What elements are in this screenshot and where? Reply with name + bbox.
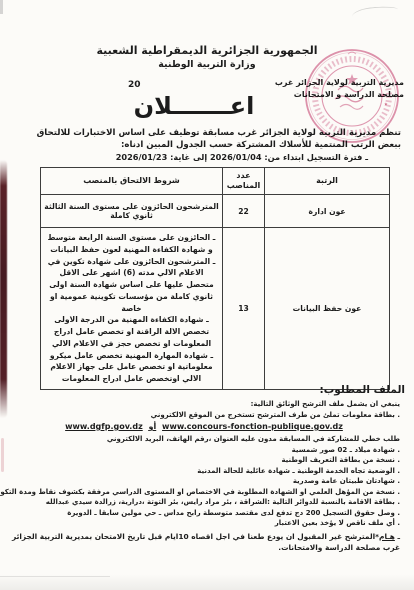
stamp-side-star-small: ٭ <box>384 101 388 108</box>
announcement-title: اعـــــــلان <box>0 92 388 120</box>
table-header-positions: عدد المناصب <box>223 168 265 195</box>
website-link-concours: www.concours-fonction-publique.gov.dz <box>162 421 343 433</box>
conditions-cell: ـ الحائزون على مستوى السنة الرابعة متوسط… <box>41 228 223 390</box>
reference-number: 20 <box>128 80 141 90</box>
conditions-cell: المترشحون الحائزون على مستوى السنة الثال… <box>41 195 223 228</box>
file-item-info-card: . بطاقة معلومات تملئ من طرف المترشح تستخ… <box>8 410 400 421</box>
document-header: الجمهورية الجزائرية الديمقراطية الشعبية … <box>0 44 414 70</box>
file-item: . الوضعية تجاه الخدمة الوطنية ـ شهادة عا… <box>8 466 400 477</box>
website-links-line: www.concours-fonction-publique.gov.dz أو… <box>8 421 400 433</box>
file-item: . نسخة من المؤهل العلمي او الشهادة المطل… <box>8 487 400 498</box>
scan-artifact-pink-streak <box>1 438 4 472</box>
file-item: . أي ملف ناقص لا يؤخذ بعين الاعتبار <box>8 518 400 529</box>
note-keyword: هـام <box>379 532 395 541</box>
table-header-rank: الرتبة <box>265 168 390 195</box>
condition-item: ـ شهادة الكفاءة المهنية من الدرجة الاولى… <box>46 314 217 349</box>
scanned-announcement-document: الجمهورية الجزائرية الديمقراطية الشعبية … <box>0 0 414 590</box>
file-item: . نسخة من بطاقة التعريف الوطنية <box>8 455 400 466</box>
directorate-line: مديرية التربية لولاية الجزائر غرب <box>275 77 404 89</box>
ministry-title: وزارة التربية الوطنية <box>0 59 414 70</box>
table-header-row: الرتبة عدد المناصب شروط الالتحاق بالمنصب <box>41 168 390 195</box>
scan-artifact-top-left-mark <box>0 0 3 14</box>
table-header-conditions: شروط الالتحاق بالمنصب <box>41 168 223 195</box>
scan-artifact-top-right-squiggle <box>352 5 399 18</box>
file-item: طلب خطي للمشاركة في المسابقة مدون عليه ا… <box>8 434 400 445</box>
note-text: المترشح غير المقبول ان يودع طعنا في اجل … <box>12 532 400 552</box>
condition-item: ـ شهادة المهارة المهنية تخصص عامل ميكرو … <box>46 350 217 385</box>
note-dash: ـ <box>395 532 400 541</box>
website-link-dgfp: www.dgfp.gov.dz <box>65 421 143 433</box>
important-note: ـ هـام*المترشح غير المقبول ان يودع طعنا … <box>8 531 400 554</box>
required-file-heading: الملف المطلوب: <box>320 384 405 396</box>
table-row-data-entry-agent: عون حفظ البيانات 13 ـ الحائزون على مستوى… <box>41 228 390 390</box>
file-item: . وصل حقوق التسجيل 200 دج تدفع لدى مقتصد… <box>8 508 400 519</box>
positions-count-cell: 22 <box>223 195 265 228</box>
recruitment-table: الرتبة عدد المناصب شروط الالتحاق بالمنصب… <box>40 167 390 390</box>
registration-period: ـ فترة التسجيل ابتداء من: 2026/01/04 إلى… <box>116 152 368 162</box>
rank-cell: عون ادارة <box>265 195 390 228</box>
condition-item: ـ المترشحون الحائزون على شهادة تكوين في … <box>46 256 217 315</box>
file-item: . بطاقة الاقامة بالنسبة للدوائر التالية … <box>8 497 400 508</box>
republic-title: الجمهورية الجزائرية الديمقراطية الشعبية <box>0 44 414 57</box>
website-separator: أو <box>149 422 157 431</box>
required-file-list: ينبغي ان يشمل ملف الترشح الوثائق التالية… <box>8 399 400 553</box>
positions-count-cell: 13 <box>223 228 265 390</box>
table-row-admin-agent: عون ادارة 22 المترشحون الحائزون على مستو… <box>41 195 390 228</box>
file-item: . شهادة ميلاد ـ 02 صور شمسية <box>8 445 400 456</box>
scan-artifact-bottom-shade <box>0 574 414 590</box>
condition-item: ـ الحائزون على مستوى السنة الرابعة متوسط… <box>46 232 217 256</box>
scan-artifact-left-streak <box>0 160 7 418</box>
rank-cell: عون حفظ البيانات <box>265 228 390 390</box>
file-item: . شهادتان طبيتان عامة وصدرية <box>8 476 400 487</box>
file-list-intro: ينبغي ان يشمل ملف الترشح الوثائق التالية… <box>8 399 400 410</box>
intro-paragraph: تنظم مديرية التربية لولاية الجزائر غرب م… <box>14 127 401 152</box>
